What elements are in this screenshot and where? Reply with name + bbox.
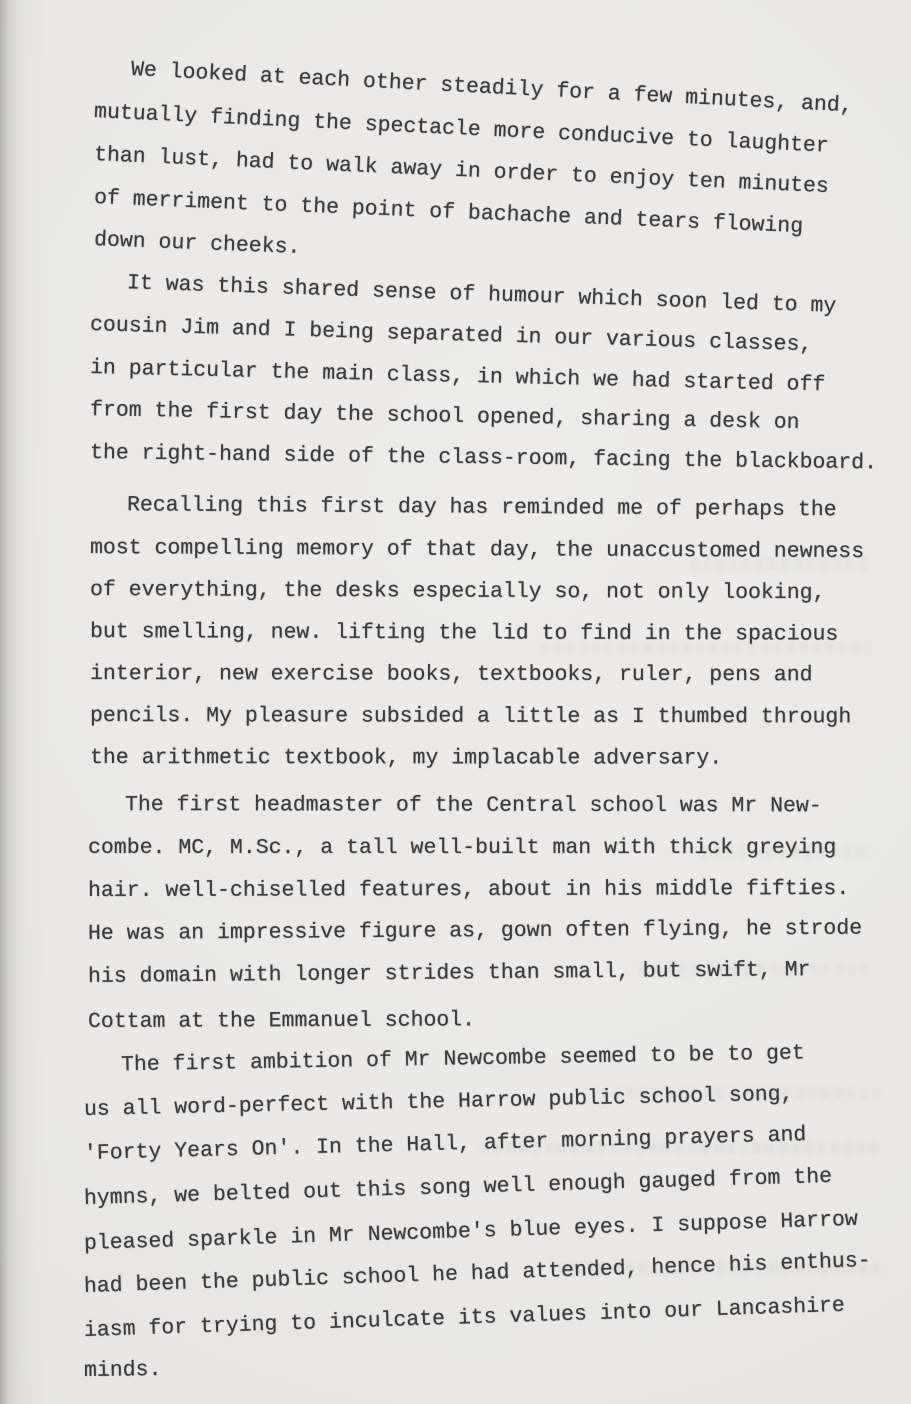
text-line: in particular the main class, in which w… [90, 358, 826, 397]
text-line: 'Forty Years On'. In the Hall, after mor… [84, 1125, 807, 1165]
text-line: minds. [84, 1360, 162, 1383]
text-line: He was an impressive figure as, gown oft… [88, 919, 862, 946]
text-line: of everything, the desks especially so, … [90, 580, 826, 605]
text-line: Cottam at the Emmanuel school. [88, 1010, 475, 1033]
text-line: hair. well-chiselled features, about in … [88, 879, 849, 902]
text-line: down our cheeks. [94, 230, 301, 259]
text-line: cousin Jim and I being separated in our … [90, 315, 813, 357]
text-line: but smelling, new. lifting the lid to fi… [90, 622, 838, 646]
text-line: most compelling memory of that day, the … [90, 538, 864, 564]
page-spine-shadow [0, 0, 46, 1404]
text-line: pencils. My pleasure subsided a little a… [90, 706, 851, 729]
text-line: from the first day the school opened, sh… [90, 400, 800, 435]
text-line: interior, new exercise books, textbooks,… [90, 664, 813, 687]
text-line: hymns, we belted out this song well enou… [84, 1167, 833, 1211]
text-line: had been the public school he had attend… [84, 1251, 871, 1299]
scanned-document-page: We looked at each other steadily for a f… [0, 0, 911, 1404]
text-line: combe. MC, M.Sc., a tall well-built man … [88, 838, 836, 860]
text-line: of merriment to the point of bachache an… [94, 188, 804, 239]
text-line: The first headmaster of the Central scho… [88, 795, 822, 818]
text-line: Recalling this first day has reminded me… [90, 495, 837, 522]
text-line: The first ambition of Mr Newcombe seemed… [84, 1043, 805, 1077]
text-line: the arithmetic textbook, my implacable a… [90, 748, 722, 770]
text-line: his domain with longer strides than smal… [88, 960, 811, 988]
text-line: iasm for trying to inculcate its values … [84, 1296, 846, 1343]
text-line: It was this shared sense of humour which… [90, 272, 837, 318]
text-line: the right-hand side of the class-room, f… [90, 443, 877, 475]
text-line: pleased sparkle in Mr Newcombe's blue ey… [84, 1210, 858, 1256]
text-line: us all word-perfect with the Harrow publ… [84, 1085, 794, 1122]
